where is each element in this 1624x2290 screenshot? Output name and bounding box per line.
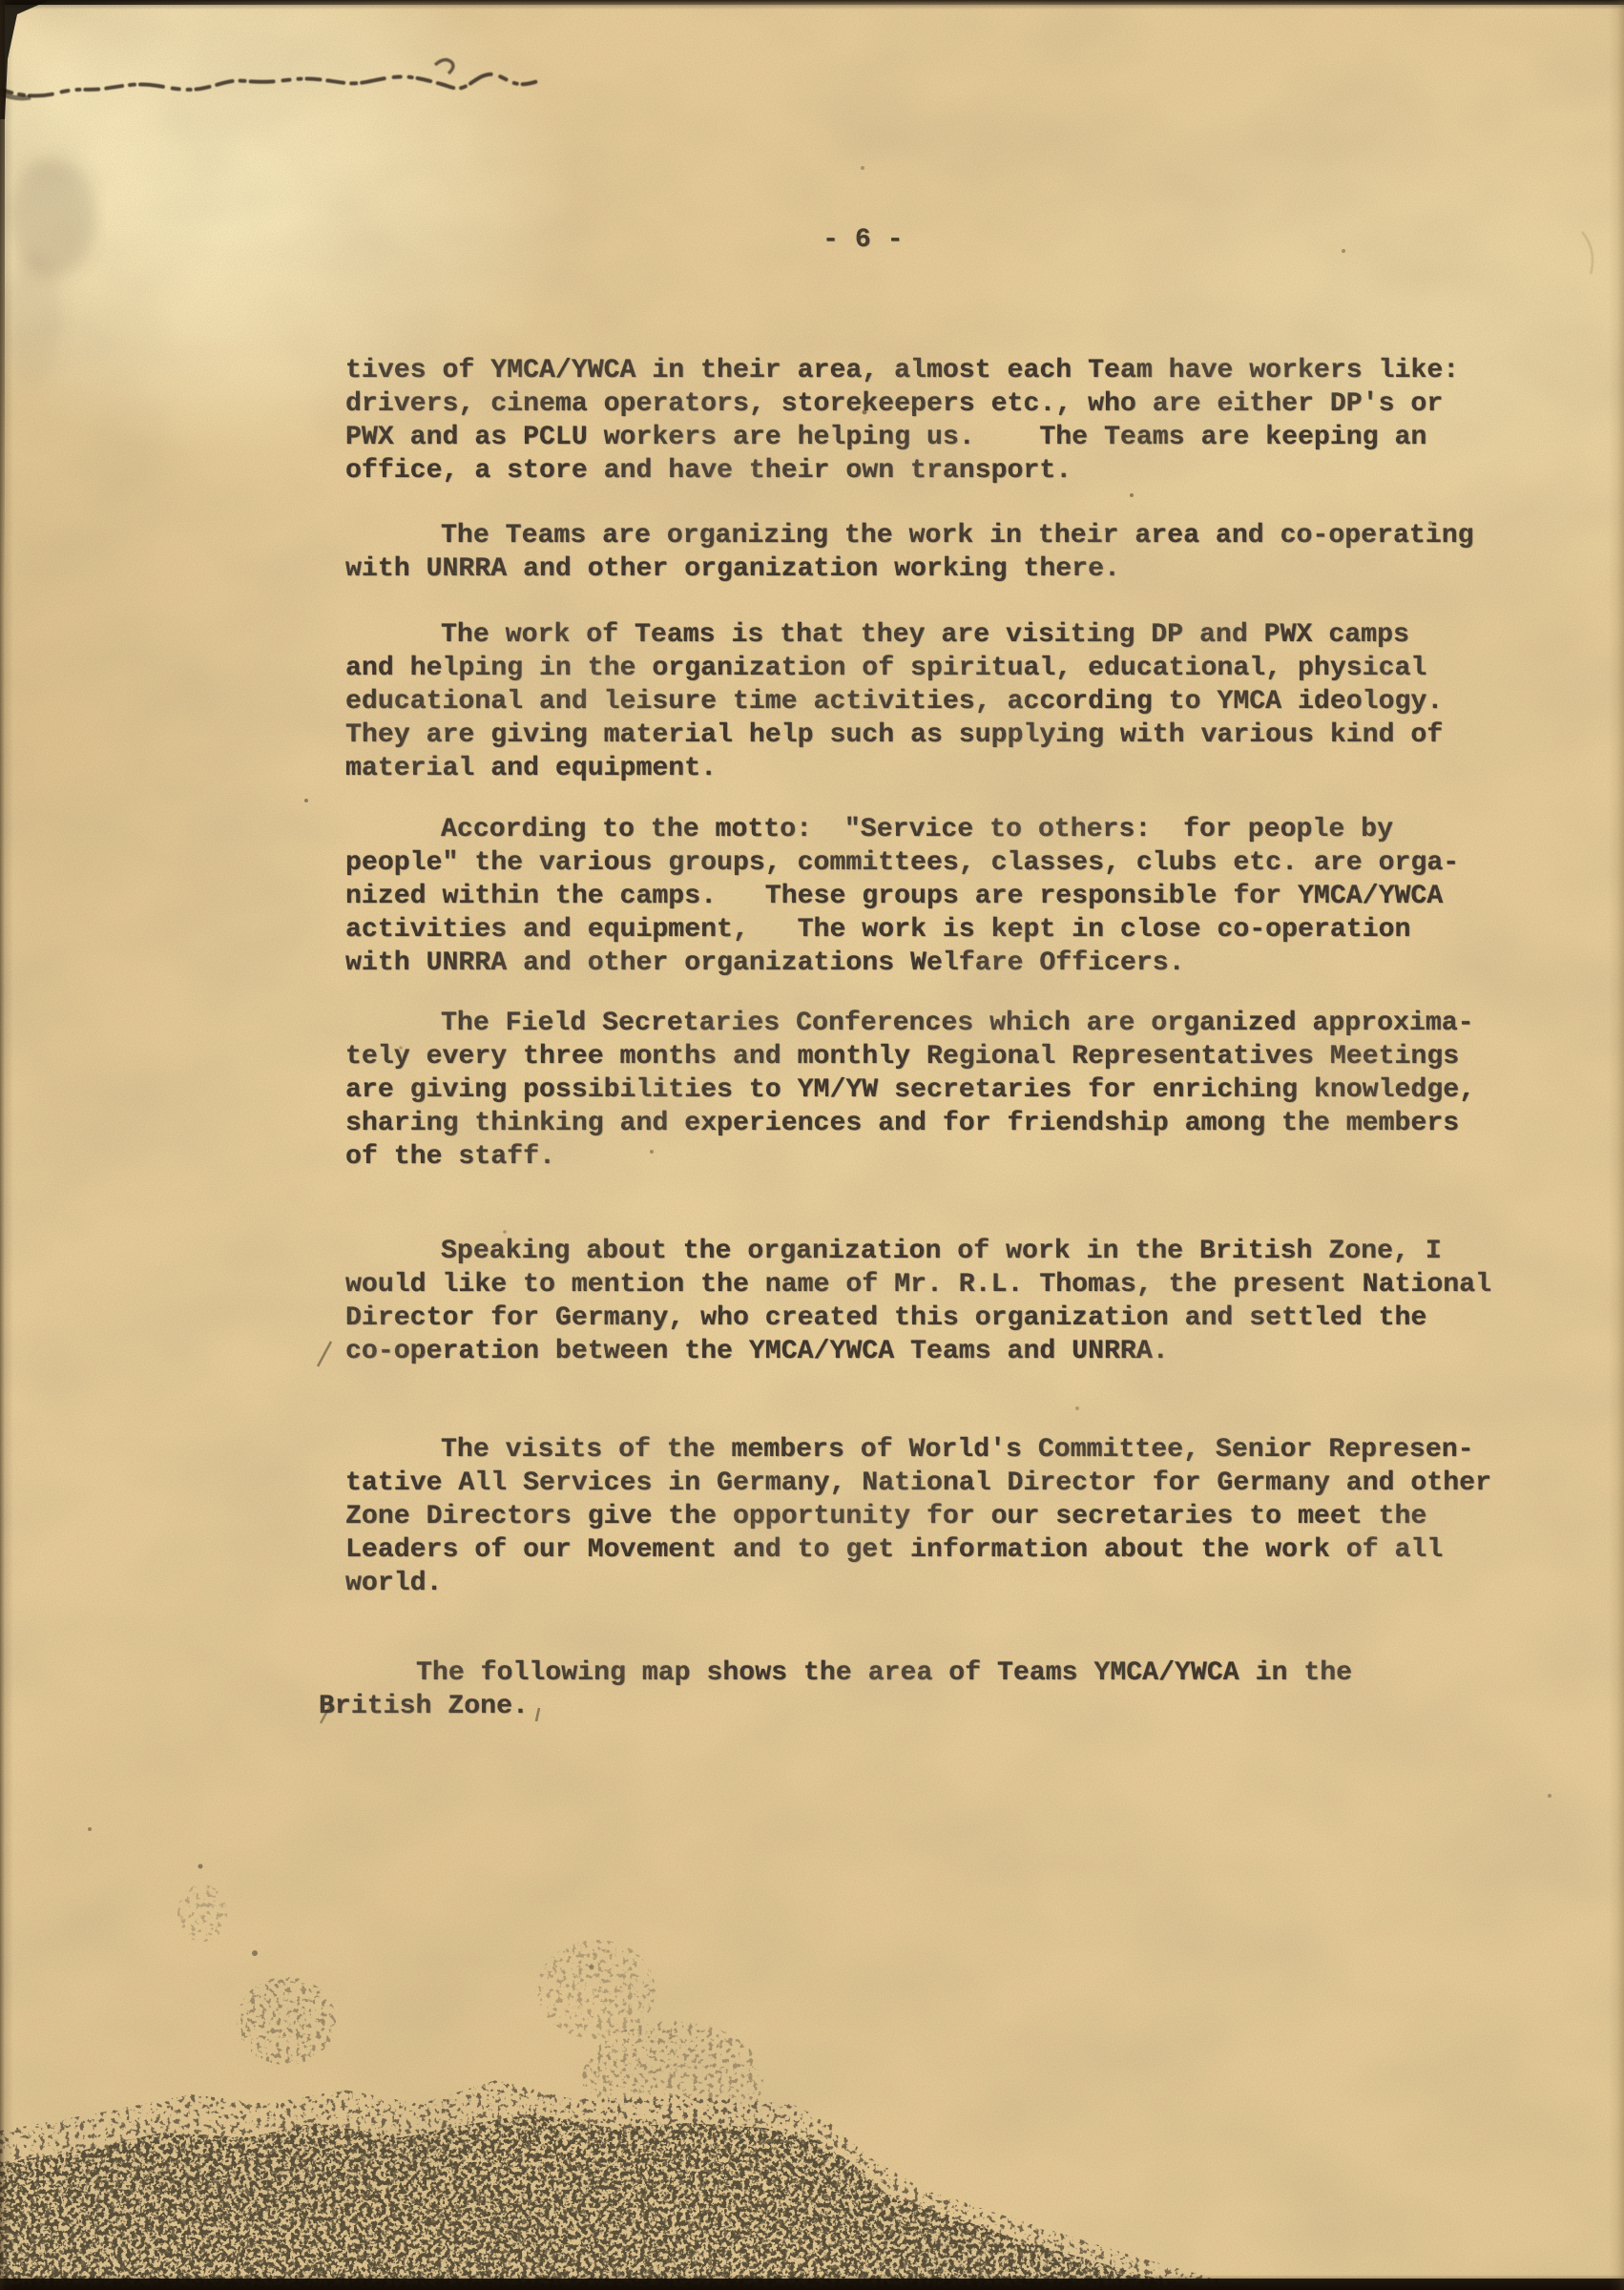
- top-left-corner-shadow: [0, 0, 50, 119]
- graphite-smudge: [4, 158, 96, 388]
- paragraph-1: tives of YMCA/YWCA in their area, almost…: [345, 354, 1543, 488]
- paper-crease-mark: [1582, 232, 1593, 274]
- left-scan-edge: [0, 0, 5, 592]
- page-number: - 6 -: [822, 225, 904, 255]
- paragraph-3: The work of Teams is that they are visit…: [345, 618, 1543, 785]
- top-scan-edge: [0, 0, 1624, 5]
- paragraph-6: Speaking about the organization of work …: [345, 1235, 1543, 1368]
- paragraph-8: The following map shows the area of Team…: [319, 1656, 1516, 1723]
- paragraph-5: The Field Secretaries Conferences which …: [345, 1007, 1543, 1174]
- scanned-document-page: - 6 - tives of YMCA/YWCA in their area, …: [0, 0, 1624, 2290]
- pencil-squiggle-mark: [0, 60, 538, 98]
- paragraph-4: According to the motto: "Service to othe…: [345, 813, 1543, 980]
- ink-splatter-stain: [0, 1884, 1283, 2290]
- paragraph-2: The Teams are organizing the work in the…: [345, 519, 1543, 586]
- paragraph-7: The visits of the members of World's Com…: [345, 1433, 1543, 1600]
- bottom-scan-edge: [0, 2279, 1624, 2290]
